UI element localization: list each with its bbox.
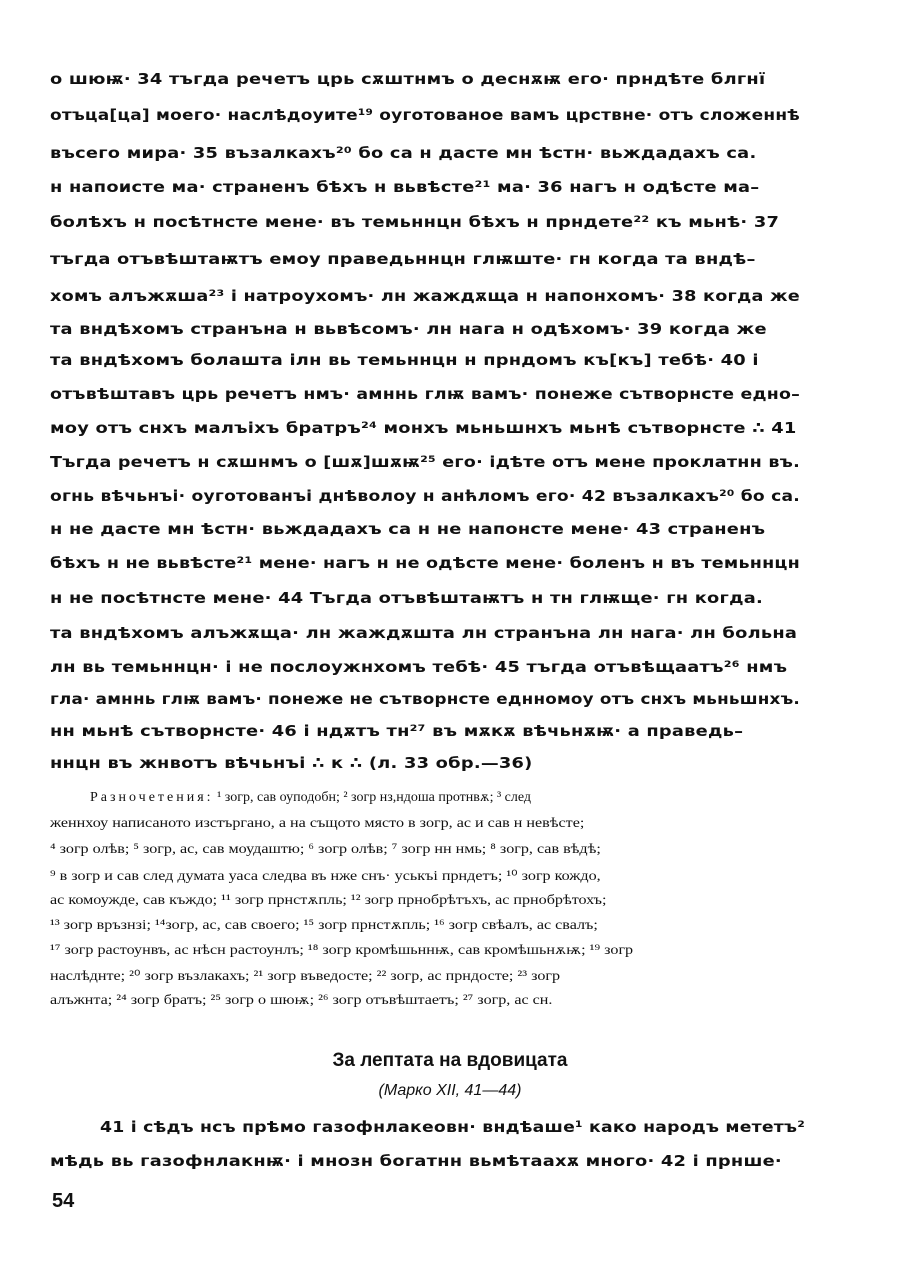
variant-line: ⁹ в зогр и сав след думата уаса следва в… xyxy=(50,868,601,885)
variant-line: женнхоу написаното изстъргано, а на също… xyxy=(50,816,584,832)
text-line: ннцн въ жнвотъ вѣчьнъі ∴ к ∴ (л. 33 обр.… xyxy=(50,754,533,772)
text-line: та вндѣхомъ алъжѫща· лн жаждѫшта лн стра… xyxy=(50,624,797,642)
text-line: отъца[ца] моего· наслѣдоуите¹⁹ оуготован… xyxy=(50,106,800,124)
variant-line: ⁴ зогр олѣв; ⁵ зогр, ас, сав моудаштю; ⁶… xyxy=(50,842,601,858)
text-line: та вндѣхомъ странъна н вьвѣсомъ· лн нага… xyxy=(50,320,767,338)
page-number: 54 xyxy=(52,1190,74,1213)
text-line: моу отъ снхъ малъіхъ братръ²⁴ монхъ мьнь… xyxy=(50,419,797,437)
text-line: огнь вѣчьнъі· оуготованъі днѣволоу н анћ… xyxy=(50,487,800,505)
section-reference: (Марко XII, 41—44) xyxy=(0,1082,900,1100)
text-line: та вндѣхомъ болашта ілн вь темьннцн н пр… xyxy=(50,351,759,369)
text-line: н не дасте мн ѣстн· вьждадахъ са н не на… xyxy=(50,520,765,538)
section-title: За лептата на вдовицата xyxy=(0,1050,900,1072)
book-page: о шюѭ· 34 тъгда речетъ црь сѫштнмъ о дес… xyxy=(0,0,900,1285)
text-line: н напоисте ма· страненъ бѣхъ н вьвѣсте²¹… xyxy=(50,178,759,196)
text-line: мѣдь вь газофнлакнѭ· і мнозн богатнн вьм… xyxy=(50,1152,782,1170)
variants-first-line: Разночетения: ¹ зогр, сав оуподобн; ² зо… xyxy=(90,790,890,806)
text-line: н не посѣтнсте мене· 44 Тъгда отъвѣштаѭт… xyxy=(50,589,763,607)
variant-line: ¹ зогр, сав оуподобн; ² зогр нз,ндоша пр… xyxy=(217,790,531,805)
text-line: въсего мира· 35 възалкахъ²⁰ бо са н даст… xyxy=(50,144,756,162)
text-line: отъвѣштавъ црь речетъ нмъ· амннь глѭ вам… xyxy=(50,385,800,403)
text-line: лн вь темьннцн· і не послоужнхомъ тебѣ· … xyxy=(50,658,787,676)
text-line: болѣхъ н посѣтнсте мене· въ темьннцн бѣх… xyxy=(50,213,779,231)
text-line: бѣхъ н не вьвѣсте²¹ мене· нагъ н не одѣс… xyxy=(50,554,800,572)
variant-line: ас комоужде, сав къждо; ¹¹ зогр прнстѫпл… xyxy=(50,893,606,909)
variants-label: Разночетения: xyxy=(90,790,214,805)
text-line: нн мьнѣ сътворнсте· 46 і ндѫтъ тн²⁷ въ м… xyxy=(50,722,743,740)
text-line: хомъ алъжѫша²³ і натроухомъ· лн жаждѫща … xyxy=(50,287,800,305)
variant-line: ¹⁷ зогр растоунвъ, ас нѣсн растоунлъ; ¹⁸… xyxy=(50,943,633,959)
text-line: тъгда отъвѣштаѭтъ емоу праведьннцн глѭшт… xyxy=(50,250,756,268)
variant-line: наслѣднте; ²⁰ зогр възлакахъ; ²¹ зогр въ… xyxy=(50,968,560,985)
text-line: гла· амннь глѭ вамъ· понеже не сътворнст… xyxy=(50,690,800,708)
variant-line: алъжнта; ²⁴ зогр братъ; ²⁵ зогр о шюѭ; ²… xyxy=(50,993,552,1009)
text-line: Тъгда речетъ н сѫшнмъ о [шѫ]шѫѭ²⁵ его· і… xyxy=(50,453,800,471)
text-line: 41 і сѣдъ нсъ прѣмо газофнлакеовн· вндѣа… xyxy=(100,1118,805,1136)
variant-line: ¹³ зогр връзнзі; ¹⁴зогр, ас, сав своего;… xyxy=(50,918,598,934)
text-line: о шюѭ· 34 тъгда речетъ црь сѫштнмъ о дес… xyxy=(50,70,765,88)
